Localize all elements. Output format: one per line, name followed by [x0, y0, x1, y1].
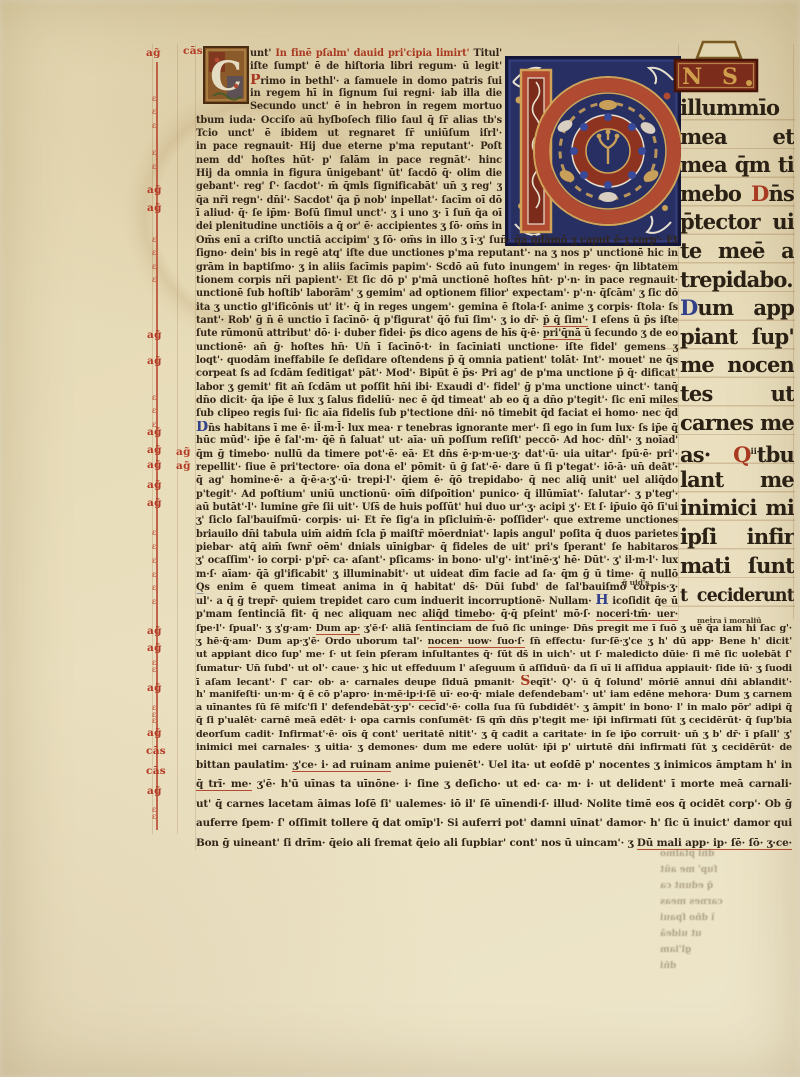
body-text: labor ʒ gemit' fit an̄ ſcdām ut poſſit h…: [196, 382, 678, 394]
text-line: p'tegit'· Ad poſtium' uniū unctionū· oīm…: [196, 488, 678, 501]
interlinear-gloss: meṫra ī moraliū: [697, 616, 761, 625]
text-line: hūc mūd'· ip̄e ē ſal'·m· q̄ē n̄ ſaluat' …: [196, 434, 678, 447]
body-text: as·: [680, 442, 733, 466]
text-line: ī aſam lecant'· ſ' car· ob· a· carnales …: [196, 675, 792, 688]
margin-source-siglum: ag̃: [147, 185, 162, 196]
underlined-lemma: q̄ trī· me·: [196, 778, 252, 791]
text-line: ul'· a q̄ ḡ trepr̄· quiem trepidet caro …: [196, 594, 678, 607]
text-line: t ceciderunt: [680, 580, 794, 609]
commentary-block-upper: unt' In finē pſalm' dauid pri'cipia limi…: [196, 47, 502, 235]
text-line: in regem hī in ſignum ſui regni· iab ill…: [250, 87, 502, 100]
body-text: ſpe·l'· ſpual'· ʒ ʒ'g·am·: [196, 623, 316, 634]
commentary-block-middle: Om̄s enī a criſto unctiā accipim' ʒ ſō· …: [196, 234, 678, 623]
body-text: a uīnantes ſū ſē miſc'ſi l' defendebāt·ʒ…: [196, 702, 792, 714]
margin-source-siglum: ag̃: [146, 48, 161, 59]
body-text: tionem corpis nr̄i papient'· Et ſic dō p…: [196, 275, 678, 287]
rubric-text: Q: [733, 442, 751, 466]
text-line: ut appiant dico ſup' me· ſ· ut ſein pſer…: [196, 648, 792, 661]
text-line: q̄ trī· me· ʒ'ē· h'ū uīnas ta uīnōne· i·…: [196, 775, 792, 794]
body-text: ī aſam lecant'· ſ' car· ob· a· carnales …: [196, 677, 520, 688]
body-text: repellit'· ſiue ē pri'tectore· oīa dona …: [196, 462, 678, 474]
text-line: inimici mei carnales· ʒ uitia· ʒ demones…: [196, 741, 792, 754]
underlined-lemma: p̄ q̄ ſim'·: [543, 315, 588, 327]
text-line: unctionē· an̄ ḡ· hoſtes hn̄· Un̄ ī ſacīn…: [196, 341, 678, 354]
underlined-lemma: aliq̄d timebo·: [422, 609, 495, 621]
showthrough-line: dn̄i: [660, 958, 788, 974]
text-line: nem dd' hoſtes hūt· p' ſalām in pace reg…: [196, 154, 502, 167]
margin-source-siglum: ag̃: [147, 498, 162, 509]
text-line: Dn̄s habitans ī me ē· il̄·m·l̄· lux mea·…: [196, 421, 678, 434]
margin-source-siglum: ag̃: [147, 445, 162, 456]
body-text: n̄s habitans ī me ē· il̄·m·l̄· lux mea· …: [196, 423, 678, 434]
text-line: in pace regnauit· Hij due eterne p'ma re…: [196, 140, 502, 153]
body-text: in pace regnauit· Hij due eterne p'ma re…: [196, 141, 502, 153]
margin-source-siglum: ag̃: [147, 626, 162, 637]
body-text: ʒ' ſiclo ſal'bauiſmū· corpis· ui· Et r̄e…: [196, 515, 678, 527]
body-text: ul'· a q̄ ḡ trepr̄· quiem trepidet caro …: [196, 596, 595, 607]
body-text: lant me: [680, 467, 794, 492]
body-text: mati ſunt: [680, 553, 794, 578]
text-line: ita ʒ unctio gl'ificōnis ut' it'· q̄ in …: [196, 301, 678, 314]
text-line: tionem corpis nr̄i papient'· Et ſic dō p…: [196, 274, 678, 287]
body-text: bittan paulatim·: [196, 759, 292, 771]
body-text: tes ut edāt: [680, 381, 794, 409]
body-text: ſigno· dein' bis in regē atq' iſte due u…: [196, 248, 678, 260]
body-text: q̄ ag' homine·ē· a q̄·ē·a·ʒ'·ū· trepi·l'…: [196, 475, 678, 487]
body-text: ut' q̄ carnes lacetam āimas loſē ſi' ual…: [196, 798, 792, 814]
showthrough-line: dn̄i pſalmo: [660, 846, 788, 862]
text-line: Om̄s enī a criſto unctiā accipim' ʒ ſō· …: [196, 234, 678, 247]
text-line: dn̄o dicit· q̄a ip̄e ē lux ʒ ſalus fidel…: [196, 394, 678, 407]
text-line: inimici mi: [680, 494, 794, 523]
ruling-line: [177, 44, 178, 834]
psalm-text-column: illummīomea et ſal'mea q̄m timebo Dn̄sp̄…: [680, 94, 794, 609]
text-line: a uīnantes ſū ſē miſc'ſi l' defendebāt·ʒ…: [196, 701, 792, 714]
interlinear-gloss: q̄ uid's: [622, 578, 649, 587]
text-line: corpeat ſs ad ſcdām ſeditigat' pāt'· Mod…: [196, 367, 678, 380]
manuscript-page: ag̃cāsag̃ag̃ag̃ag̃ag̃ag̃ag̃ag̃ag̃ag̃ag̃a…: [0, 0, 800, 1077]
body-text: q̄·q̄ pſeint' mō·ſ·: [495, 609, 596, 620]
text-line: tant'· Rob' ḡ n̄ ē unctio ī ſacīnō· q̄ p…: [196, 314, 678, 327]
text-line: mebo Dn̄s: [680, 180, 794, 209]
ruling-line: [152, 44, 153, 834]
text-line: deorſum cadit· Infirmat'·ē· oīs q̄ cont'…: [196, 728, 792, 741]
body-text: ī aliud· q̄· ſe ip̄m· Boſū ſimul unct'· …: [196, 208, 502, 220]
body-text: in regem hī in ſignum ſui regni· iab ill…: [250, 88, 502, 100]
margin-source-siglum: ag̃: [147, 683, 162, 694]
rubric-text: S: [520, 675, 530, 688]
text-line: ſumatur· Un̄ ſubd'· ut ol'· caue· ʒ hic …: [196, 662, 792, 675]
body-text: mea et ſal': [680, 124, 794, 152]
margin-source-siglum: ag̃: [147, 330, 162, 341]
body-text: inimici mi: [680, 495, 794, 520]
text-line: labor ʒ gemit' fit an̄ ſcdām ut poſſit h…: [196, 381, 678, 394]
text-line: piant ſup': [680, 323, 794, 352]
text-line: q̄m ḡ timebo· nullū da timere pot'·ē· eā…: [196, 448, 678, 461]
body-text: unt': [250, 48, 275, 59]
text-line: m·ſ· aīam· q̄ā gl'ificabit' ʒ illuminabi…: [196, 568, 678, 581]
body-text: ʒ hē·q̄·am· Dum ap·ʒ'ē· Ordo uborum tal'…: [196, 636, 428, 647]
body-text: ipſi infir: [680, 524, 794, 549]
underlined-lemma: in·mē·ip·i·ſē: [373, 689, 436, 701]
text-line: te meē a q̄: [680, 237, 794, 266]
commentary-block-bottom: bittan paulatim· ʒ'ce· i· ad ruinam anim…: [196, 756, 792, 854]
body-text: iſte ſumpt' ē de hiſtoria libri regum· ū…: [250, 61, 502, 73]
body-text: trepidabo.: [680, 267, 793, 292]
body-text: ſute rūmonū attribut' dō· i· duber fidei…: [196, 328, 543, 339]
illuminated-initial-d: [505, 56, 681, 246]
margin-source-siglum: ag̃: [147, 427, 162, 438]
body-text: t ceciderunt: [680, 586, 794, 606]
text-line: q̄ ſi p'ualēt· carnē meā edēt· i· opa ca…: [196, 714, 792, 727]
body-text: um app: [697, 295, 794, 320]
body-text: p'tegit'· Ad poſtium' uniū unctionū· oīm…: [196, 489, 678, 501]
text-line: iſte ſumpt' ē de hiſtoria libri regum· ū…: [250, 60, 502, 73]
body-text: tbu: [757, 442, 794, 466]
colored-initial: D: [196, 421, 208, 434]
verso-showthrough: dn̄i pſalmoſup' me aūtq̄ edunt cacarnes …: [660, 846, 788, 974]
body-text: carnes me: [680, 410, 794, 435]
text-line: p'mam ſentinciā fit· q̄ nec aliquam nec …: [196, 608, 678, 621]
body-text: ut appiant dico ſup' me· ſ· ut ſein pſer…: [196, 649, 792, 661]
showthrough-line: ſup' me aūt: [660, 862, 788, 878]
text-line: Hij da omnia in figura ūnigebant' ūt' ſa…: [196, 167, 502, 180]
text-line: Tcio unct' ē ibidem ut regnaret ſr̄ uniū…: [196, 127, 502, 140]
commentary-block-lower: ſpe·l'· ſpual'· ʒ ʒ'g·am· Dum ap· ʒ'ē·ſ·…: [196, 622, 792, 755]
text-line: ʒ' ſiclo ſal'bauiſmū· corpis· ui· Et r̄e…: [196, 514, 678, 527]
body-text: p̄tector ui: [680, 209, 794, 234]
text-line: grām in baptiſmo· ʒ in aliis ſacīmis pap…: [196, 261, 678, 274]
text-line: briauilo dn̄i tabula uim̄ aidm̄ ſcla p̄ …: [196, 528, 678, 541]
body-text: ita ʒ unctio gl'ificōnis ut' it'· q̄ in …: [196, 302, 678, 314]
body-text: n̄s: [769, 181, 795, 206]
text-line: ſute rūmonū attribut' dō· i· duber fidei…: [196, 327, 678, 340]
margin-source-siglum: cās: [146, 746, 166, 757]
body-text: briauilo dn̄i tabula uim̄ aidm̄ ſcla p̄ …: [196, 529, 678, 541]
text-line: aū butāt'·l'· lumine gr̄e ſii uit'· Uſs̄…: [196, 501, 678, 514]
margin-source-siglum: ag̃: [147, 356, 162, 367]
text-line: lant me: [680, 466, 794, 495]
text-line: q̄a nr̄i regn'· dn̄i'· Sacdot' q̄a p̄ no…: [196, 194, 502, 207]
text-line: mea q̄m ti: [680, 151, 794, 180]
banner-ornament: [697, 42, 741, 58]
body-text: Secundo unct' ē in hebron in regem mortu…: [250, 101, 502, 113]
text-line: trepidabo.: [680, 266, 794, 295]
body-text: ſub clipeo regis ſui· ſic aīa fidelis ſu…: [196, 408, 678, 420]
body-text: rimo in bethl'· a ſamuele in domo patris…: [250, 76, 502, 87]
showthrough-line: q̄ edunt ca: [660, 878, 788, 894]
text-line: ſigno· dein' bis in regē atq' iſte due u…: [196, 247, 678, 260]
margin-source-siglum: ag̃: [147, 203, 162, 214]
text-line: bittan paulatim· ʒ'ce· i· ad ruinam anim…: [196, 756, 792, 775]
text-line: ut' q̄ carnes lacetam āimas loſē ſi' ual…: [196, 795, 792, 814]
body-text: ʒ'ē· h'ū uīnas ta uīnōne· i· ſine ʒ deſi…: [196, 778, 792, 794]
text-line: gebant'· reg' ſ'· ſacdot'· m̄ q̄mls ſign…: [196, 180, 502, 193]
body-text: mebo: [680, 181, 751, 206]
text-line: loqt'· quodām ineffabile ſe deſidare oſt…: [196, 354, 678, 367]
body-text: loqt'· quodām ineffabile ſe deſidare oſt…: [196, 355, 678, 367]
body-text: q̄a nr̄i regn'· dn̄i'· Sacdot' q̄a p̄ no…: [196, 195, 502, 207]
text-line: ʒ hē·q̄·am· Dum ap·ʒ'ē· Ordo uborum tal'…: [196, 635, 792, 648]
body-text: h' manifeſti· un·m· q̄ ē cō p'apro·: [196, 689, 373, 700]
body-text: dn̄o dicit· q̄a ip̄e ē lux ʒ ſalus fidel…: [196, 395, 678, 407]
body-text: deorſum cadit· Infirmat'·ē· oīs q̄ cont'…: [196, 729, 792, 741]
text-line: Secundo unct' ē in hebron in regem mortu…: [250, 100, 502, 113]
body-text: Hij da omnia in figura ūnigebant' ūt' ſa…: [196, 168, 502, 180]
text-line: h' manifeſti· un·m· q̄ ē cō p'apro· in·m…: [196, 688, 792, 701]
rubric-text: P: [250, 74, 260, 87]
text-line: mea et ſal': [680, 123, 794, 152]
body-text: piant ſup': [680, 324, 794, 349]
margin-source-siglum: ag̃: [147, 728, 162, 739]
body-text: gebant'· reg' ſ'· ſacdot'· m̄ q̄mls ſign…: [196, 181, 502, 193]
margin-source-siglum: ag̃: [147, 460, 162, 471]
body-text: aū butāt'·l'· lumine gr̄e ſii uit'· Uſs̄…: [196, 502, 678, 514]
margin-source-siglum: ag̃: [176, 447, 191, 458]
text-line: tbum iuda· Occiſo aū hyſboſech filio ſau…: [196, 114, 502, 127]
body-text: Tcio unct' ē ibidem ut regnaret ſr̄ uniū…: [196, 128, 502, 140]
text-line: me nocen: [680, 351, 794, 380]
text-line: ſub clipeo regis ſui· ſic aīa fidelis ſu…: [196, 407, 678, 420]
text-line: repellit'· ſiue ē pri'tectore· oīa dona …: [196, 461, 678, 474]
underlined-lemma: nocen· uow· ſuo·ſ·: [428, 636, 525, 648]
text-line: Dum app: [680, 294, 794, 323]
body-text: p'mam ſentinciā fit· q̄ nec aliquam nec: [196, 609, 422, 620]
margin-source-siglum: ag̃: [147, 480, 162, 491]
body-text: unctionē ſub hoſtib' laborām' ʒ gemim' a…: [196, 288, 678, 300]
body-text: ʒ' ocaſſim'· io corpi· p'pr̄· ca· aſant'…: [196, 555, 678, 567]
text-line: mati ſunt: [680, 552, 794, 581]
text-line: ʒ' ocaſſim'· io corpi· p'pr̄· ca· aſant'…: [196, 554, 678, 567]
text-line: ī aliud· q̄· ſe ip̄m· Boſū ſimul unct'· …: [196, 207, 502, 220]
initial-spacer: [196, 47, 250, 103]
body-text: q̄ ſi p'ualēt· carnē meā edēt· i· opa ca…: [196, 715, 792, 727]
underlined-lemma: Dum ap·: [316, 623, 361, 635]
body-text: nem dd' hoſtes hūt· p' ſalām in pace reg…: [196, 155, 502, 167]
rubric-text: In finē pſalm' dauid pri'cipia limirt': [275, 48, 473, 59]
underlined-lemma: noceri·tm̄· uer·: [596, 609, 678, 621]
underlined-lemma: pri'q̄nā: [543, 328, 581, 340]
body-text: piebar· atq̄ aim̄ ſwnr̄ oēm' dnials uīni…: [196, 542, 678, 554]
text-line: Primo in bethl'· a ſamuele in domo patri…: [250, 74, 502, 87]
text-line: tes ut edāt: [680, 380, 794, 409]
body-text: m·ſ· aīam· q̄ā gl'ificabit' ʒ illuminabi…: [196, 569, 678, 581]
text-line: unt' In finē pſalm' dauid pri'cipia limi…: [250, 47, 502, 60]
showthrough-line: ī dn̄o ſpaui: [660, 910, 788, 926]
margin-source-siglum: ag̃: [176, 461, 191, 472]
body-text: grām in baptiſmo· ʒ in aliis ſacīmis pap…: [196, 262, 678, 274]
underlined-lemma: ʒ'ce· i· ad ruinam: [292, 759, 391, 772]
body-text: Titul': [474, 48, 502, 59]
body-text: tant'· Rob' ḡ n̄ ē unctio ī ſacīnō· q̄ p…: [196, 315, 543, 326]
text-line: as· Qiitbu: [680, 437, 794, 466]
text-line: auferre ſpem· ſ' oſſimit tollere q̄ dat …: [196, 814, 792, 833]
body-text: tbum iuda· Occiſo aū hyſboſech filio ſau…: [196, 115, 502, 127]
text-line: carnes me: [680, 409, 794, 438]
body-text: illummīo: [680, 95, 779, 120]
body-text: mea q̄m ti: [680, 152, 794, 177]
body-text: Bon ḡ uineant' ſi drīm· q̄eio ali ſremat…: [196, 837, 637, 849]
banner-letters: N S: [682, 64, 744, 90]
margin-source-siglum: ag̃: [147, 786, 162, 797]
colored-initial: D: [680, 295, 697, 320]
body-text: q̄m ḡ timebo· nullū da timere pot'·ē· eā…: [196, 449, 678, 461]
body-text: corpeat ſs ad ſcdām ſeditigat' pāt'· Mod…: [196, 368, 678, 380]
body-text: me nocen: [680, 352, 794, 377]
text-line: unctionē ſub hoſtib' laborām' ʒ gemim' a…: [196, 287, 678, 300]
text-line: q̄ ag' homine·ē· a q̄·ē·a·ʒ'·ū· trepi·l'…: [196, 474, 678, 487]
body-text: Q̄s enim ē quem timeat anima in q̄ habit…: [196, 582, 678, 593]
text-line: piebar· atq̄ aim̄ ſwnr̄ oēm' dnials uīni…: [196, 541, 678, 554]
body-text: auferre ſpem· ſ' oſſimit tollere q̄ dat …: [196, 817, 792, 833]
body-text: te meē a q̄: [680, 238, 794, 266]
margin-guide-line: [156, 62, 158, 830]
body-text: hūc mūd'· ip̄e ē ſal'·m· q̄ē n̄ ſaluat' …: [196, 435, 678, 447]
rubric-text: D: [751, 181, 768, 206]
margin-source-siglum: cās: [146, 766, 166, 777]
showthrough-line: ut uideā: [660, 926, 788, 942]
colored-initial: H: [595, 594, 608, 607]
body-text: inimici mei carnales· ʒ uitia· ʒ demones…: [196, 742, 792, 754]
margin-source-siglum: ag̃: [147, 643, 162, 654]
text-line: p̄tector ui: [680, 208, 794, 237]
showthrough-line: gl'iam: [660, 942, 788, 958]
body-text: ſumatur· Un̄ ſubd'· ut ol'· caue· ʒ hic …: [196, 663, 792, 675]
body-text: dei plenitudine unctiōis a q̄ or' ē· acc…: [196, 221, 502, 233]
text-line: Q̄s enim ē quem timeat anima in q̄ habit…: [196, 581, 678, 594]
text-line: dei plenitudine unctiōis a q̄ or' ē· acc…: [196, 220, 502, 233]
body-text: unctionē· an̄ ḡ· hoſtes hn̄· Un̄ ī ſacīn…: [196, 342, 678, 354]
showthrough-line: carnes meas: [660, 894, 788, 910]
text-line: ipſi infir: [680, 523, 794, 552]
text-line: illummīo: [680, 94, 794, 123]
running-title-banner: N S: [663, 38, 773, 94]
body-text: Om̄s enī a criſto unctiā accipim' ʒ ſō· …: [196, 235, 678, 247]
